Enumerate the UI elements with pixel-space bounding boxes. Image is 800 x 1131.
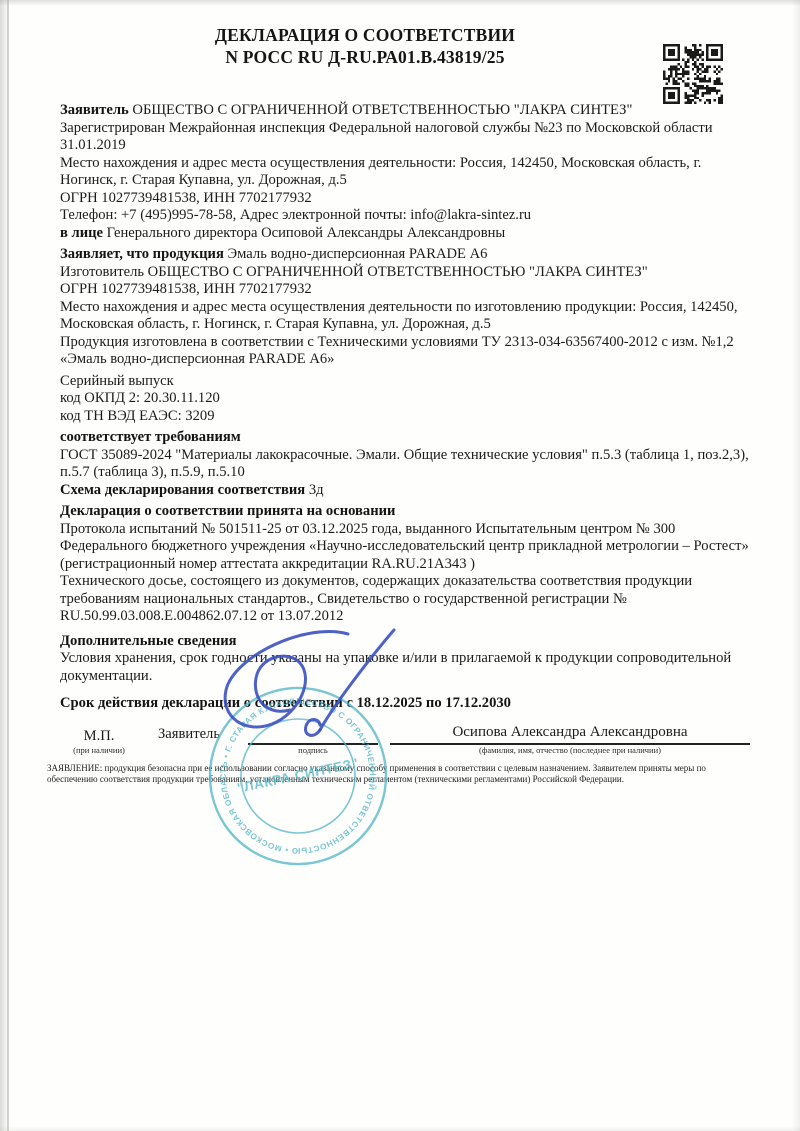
applicant-ogrn-inn: ОГРН 1027739481538, ИНН 7702177932	[60, 190, 750, 208]
signature-caption: подпись	[248, 745, 378, 755]
okpd-code: код ОКПД 2: 20.30.11.120	[60, 390, 750, 408]
scheme-value: 3д	[309, 482, 324, 498]
represented-by-label: в лице	[60, 225, 103, 241]
document-body: Заявитель ОБЩЕСТВО С ОГРАНИЧЕННОЙ ОТВЕТС…	[60, 102, 750, 713]
applicant-name: ОБЩЕСТВО С ОГРАНИЧЕННОЙ ОТВЕТСТВЕННОСТЬЮ…	[132, 102, 632, 118]
mp-note: (при наличии)	[60, 745, 138, 755]
applicant-contacts: Телефон: +7 (495)995-78-58, Адрес электр…	[60, 207, 750, 225]
product-specifications: Продукция изготовлена в соответствии с Т…	[60, 334, 750, 369]
basis-dossier: Технического досье, состоящего из докуме…	[60, 573, 750, 626]
compliance-section: соответствует требованиям ГОСТ 35089-202…	[60, 429, 750, 499]
additional-section: Дополнительные сведения Условия хранения…	[60, 633, 750, 686]
document-page: ДЕКЛАРАЦИЯ О СООТВЕТСТВИИ N РОСС RU Д-RU…	[0, 0, 800, 1131]
product-name: Эмаль водно-дисперсионная PARADE А6	[228, 246, 488, 262]
mp-column: М.П. (при наличии)	[60, 728, 138, 755]
additional-heading: Дополнительные сведения	[60, 633, 750, 651]
scheme-label: Схема декларирования соответствия	[60, 482, 305, 498]
basis-heading: Декларация о соответствии принята на осн…	[60, 503, 750, 521]
statement-text: ЗАЯВЛЕНИЕ: продукция безопасна при ее ис…	[47, 763, 756, 785]
signature-block: М.П. (при наличии) Заявитель подпись Оси…	[60, 723, 750, 755]
applicant-section: Заявитель ОБЩЕСТВО С ОГРАНИЧЕННОЙ ОТВЕТС…	[60, 102, 750, 242]
scan-shadow-right	[792, 0, 800, 1131]
product-section: Заявляет, что продукция Эмаль водно-дисп…	[60, 246, 750, 369]
basis-section: Декларация о соответствии принята на осн…	[60, 503, 750, 626]
compliance-standards: ГОСТ 35089-2024 "Материалы лакокрасочные…	[60, 447, 750, 482]
codes-section: Серийный выпуск код ОКПД 2: 20.30.11.120…	[60, 373, 750, 426]
applicant-signature-label: Заявитель	[158, 726, 236, 755]
signatory-name: Осипова Александра Александровна	[390, 724, 750, 741]
applicant-label: Заявитель	[60, 102, 129, 118]
document-number: N РОСС RU Д-RU.РА01.В.43819/25	[0, 46, 730, 68]
validity-line: Срок действия декларации о соответствии …	[60, 695, 750, 713]
additional-text: Условия хранения, срок годности указаны …	[60, 650, 750, 685]
release-type: Серийный выпуск	[60, 373, 750, 391]
basis-protocol: Протокола испытаний № 501511-25 от 03.12…	[60, 521, 750, 574]
applicant-registration-date: 31.01.2019	[60, 137, 750, 155]
represented-by: Генерального директора Осиповой Александ…	[107, 225, 506, 241]
compliance-heading: соответствует требованиям	[60, 429, 750, 447]
signature-column: подпись	[248, 723, 378, 755]
tnved-code: код ТН ВЭД ЕАЭС: 3209	[60, 408, 750, 426]
scan-line-left	[7, 0, 9, 1131]
scan-shadow-left	[0, 0, 12, 1131]
document-title: ДЕКЛАРАЦИЯ О СООТВЕТСТВИИ	[0, 24, 730, 46]
mp-label: М.П.	[60, 728, 138, 745]
manufacturing-address: Место нахождения и адрес места осуществл…	[60, 299, 750, 334]
signatory-column: Осипова Александра Александровна (фамили…	[390, 724, 750, 755]
applicant-registration: Зарегистрирован Межрайонная инспекция Фе…	[60, 120, 750, 138]
applicant-address: Место нахождения и адрес места осуществл…	[60, 155, 750, 190]
scan-shadow-bottom	[0, 1126, 800, 1131]
signatory-caption: (фамилия, имя, отчество (последнее при н…	[390, 745, 750, 755]
manufacturer: Изготовитель ОБЩЕСТВО С ОГРАНИЧЕННОЙ ОТВ…	[60, 264, 750, 282]
declares-label: Заявляет, что продукция	[60, 246, 224, 262]
manufacturer-ogrn-inn: ОГРН 1027739481538, ИНН 7702177932	[60, 281, 750, 299]
qr-code	[663, 43, 723, 105]
